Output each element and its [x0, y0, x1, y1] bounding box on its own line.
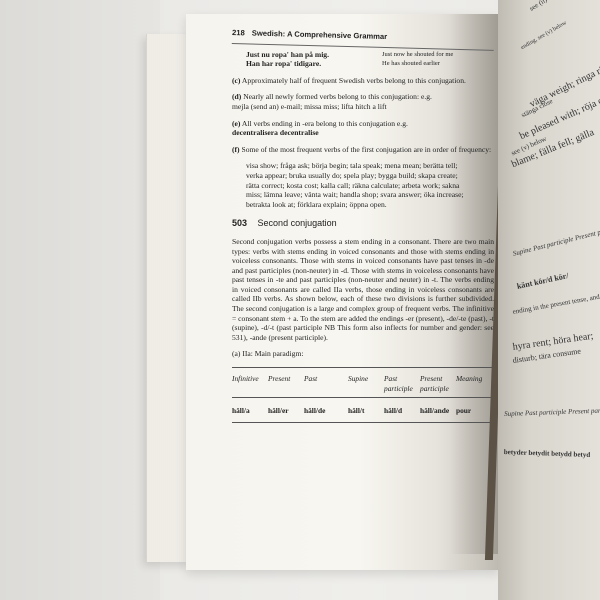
- example-row: Han har ropa' tidigare. He has shouted e…: [232, 59, 494, 69]
- paragraph-label: (d): [232, 92, 241, 101]
- verb-list-line: rätta correct; kosta cost; kalla call; r…: [246, 181, 494, 191]
- paragraph-c: (c) Approximately half of frequent Swedi…: [232, 76, 494, 86]
- example-english: He has shouted earlier: [382, 59, 440, 69]
- paragraph-text: Nearly all newly formed verbs belong to …: [243, 92, 432, 101]
- paragraph-text: Some of the most frequent verbs of the f…: [242, 145, 492, 154]
- example-swedish: Han har ropa' tidigare.: [246, 59, 382, 69]
- header-cell: Supine: [348, 374, 384, 393]
- header-cell: Present participle: [420, 374, 456, 393]
- book-page-edges: [146, 34, 191, 562]
- paradigm-header-row: Infinitive Present Past Supine Past part…: [232, 368, 494, 398]
- paragraph-label: (f): [232, 145, 240, 154]
- row-cell: häll/t: [348, 406, 384, 416]
- row-cell: häll/er: [268, 406, 304, 416]
- verb-list-line: verka appear; bruka usually do; spela pl…: [246, 171, 494, 181]
- paragraph-label: (c): [232, 76, 240, 85]
- facing-text: see (ii)–(ix) below: [528, 0, 576, 13]
- paragraph-text: Approximately half of frequent Swedish v…: [242, 76, 466, 85]
- verb-list: visa show; fråga ask; börja begin; tala …: [232, 161, 494, 209]
- row-cell: häll/ande: [420, 406, 456, 416]
- facing-text: känt kör/d kör/: [516, 271, 569, 291]
- book-title: Swedish: A Comprehensive Grammar: [252, 29, 388, 42]
- facing-text: betyder betydit betydd betyd: [504, 448, 591, 459]
- page-content: 218 Swedish: A Comprehensive Grammar Jus…: [232, 28, 494, 423]
- header-cell: Meaning: [456, 374, 492, 393]
- section-title: Second conjugation: [258, 218, 337, 228]
- header-cell: Infinitive: [232, 374, 268, 393]
- verb-list-line: miss; lämna leave; vänta wait; handla sh…: [246, 190, 494, 200]
- paragraph-terms: mejla (send an) e-mail; missa miss; lift…: [232, 102, 387, 111]
- section-number: 503: [232, 218, 247, 228]
- verb-list-line: visa show; fråga ask; börja begin; tala …: [246, 161, 494, 171]
- example-english: Just now he shouted for me: [382, 50, 453, 60]
- facing-text: ending, see (v) below: [520, 20, 568, 51]
- header-cell: Present: [268, 374, 304, 393]
- right-book-page: see (ii)–(ix) below ending, see (v) belo…: [498, 0, 600, 600]
- facing-text: Supine Past participle Present participl…: [504, 406, 600, 418]
- page-number: 218: [232, 28, 245, 37]
- row-cell: häll/d: [384, 406, 420, 416]
- paragraph-f: (f) Some of the most frequent verbs of t…: [232, 145, 494, 155]
- paragraph-text: All verbs ending in -era belong to this …: [242, 119, 408, 128]
- paradigm-row: häll/a häll/er häll/de häll/t häll/d häl…: [232, 398, 494, 422]
- example-swedish: Just nu ropa' han på mig.: [246, 50, 382, 60]
- row-cell: häll/a: [232, 406, 268, 416]
- example-row: Just nu ropa' han på mig. Just now he sh…: [232, 50, 494, 60]
- verb-list-line: betrakta look at; förklara explain; öppn…: [246, 200, 494, 210]
- section-heading: 503 Second conjugation: [232, 219, 494, 229]
- running-head: 218 Swedish: A Comprehensive Grammar: [232, 28, 494, 50]
- paradigm-table: Infinitive Present Past Supine Past part…: [232, 367, 494, 423]
- row-cell: häll/de: [304, 406, 348, 416]
- section-body: Second conjugation verbs possess a stem …: [232, 237, 494, 343]
- header-cell: Past: [304, 374, 348, 393]
- section-subhead: (a) IIa: Main paradigm:: [232, 349, 494, 359]
- header-cell: Past participle: [384, 374, 420, 393]
- paragraph-d: (d) Nearly all newly formed verbs belong…: [232, 92, 494, 111]
- row-cell: pour: [456, 406, 492, 416]
- facing-text: ending in the present tense, and: [512, 293, 600, 316]
- paragraph-terms: decentralisera decentralise: [232, 128, 319, 137]
- facing-text: Supine Past participle Present participl…: [512, 222, 600, 257]
- table-surface: [0, 0, 160, 600]
- paragraph-label: (e): [232, 119, 240, 128]
- paragraph-e: (e) All verbs ending in -era belong to t…: [232, 119, 494, 138]
